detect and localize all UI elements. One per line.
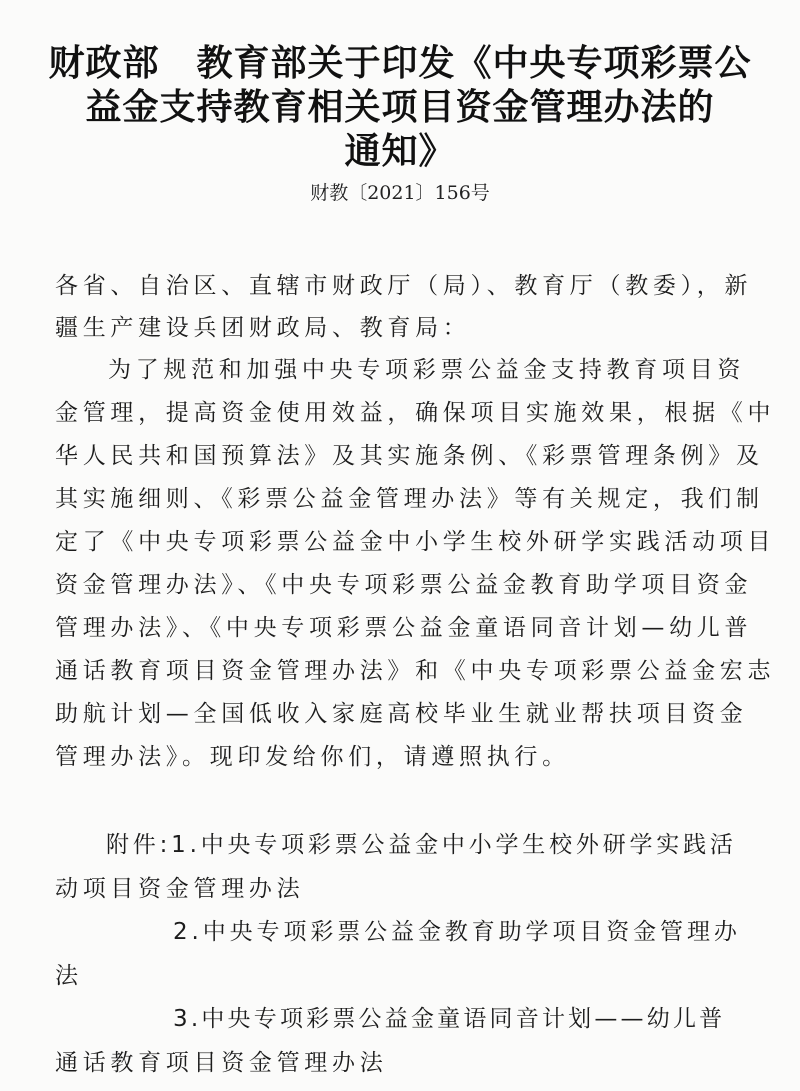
body-line: 金管理，提高资金使用效益，确保项目实施效果，根据《中 bbox=[55, 398, 775, 428]
addressee-line: 疆生产建设兵团财政局、教育局： bbox=[55, 313, 471, 343]
body-line: 资金管理办法》、《中央专项彩票公益金教育助学项目资金 bbox=[55, 570, 752, 600]
title-line-3: 通知》 bbox=[0, 128, 800, 174]
body-line: 定了《中央专项彩票公益金中小学生校外研学实践活动项目 bbox=[55, 527, 775, 557]
body-line: 为了规范和加强中央专项彩票公益金支持教育项目资 bbox=[108, 355, 745, 385]
body-line: 通话教育项目资金管理办法》和《中央专项彩票公益金宏志 bbox=[55, 656, 775, 686]
body-line: 管理办法》、《中央专项彩票公益金童语同音计划—幼儿普 bbox=[55, 613, 752, 643]
body-line: 助航计划—全国低收入家庭高校毕业生就业帮扶项目资金 bbox=[55, 699, 748, 729]
attachment-line: 2.中央专项彩票公益金教育助学项目资金管理办 bbox=[173, 917, 741, 947]
body-line: 管理办法》。现印发给你们，请遵照执行。 bbox=[55, 742, 570, 772]
attachment-line: 动项目资金管理办法 bbox=[55, 874, 304, 904]
body-line: 其实施细则、《彩票公益金管理办法》等有关规定，我们制 bbox=[55, 484, 764, 514]
title-line-2: 益金支持教育相关项目资金管理办法的 bbox=[0, 84, 800, 130]
document-number: 财教〔2021〕156号 bbox=[0, 180, 800, 206]
attachment-line: 通话教育项目资金管理办法 bbox=[55, 1048, 387, 1078]
attachment-line: 3.中央专项彩票公益金童语同音计划——幼儿普 bbox=[173, 1004, 725, 1034]
attachment-line: 附件:1.中央专项彩票公益金中小学生校外研学实践活 bbox=[106, 830, 737, 860]
attachment-line: 法 bbox=[55, 961, 83, 991]
body-line: 华人民共和国预算法》及其实施条例、《彩票管理条例》及 bbox=[55, 441, 764, 471]
title-line-1: 财政部 教育部关于印发《中央专项彩票公 bbox=[0, 40, 800, 86]
addressee-line: 各省、自治区、直辖市财政厅（局）、教育厅（教委），新 bbox=[55, 271, 752, 301]
